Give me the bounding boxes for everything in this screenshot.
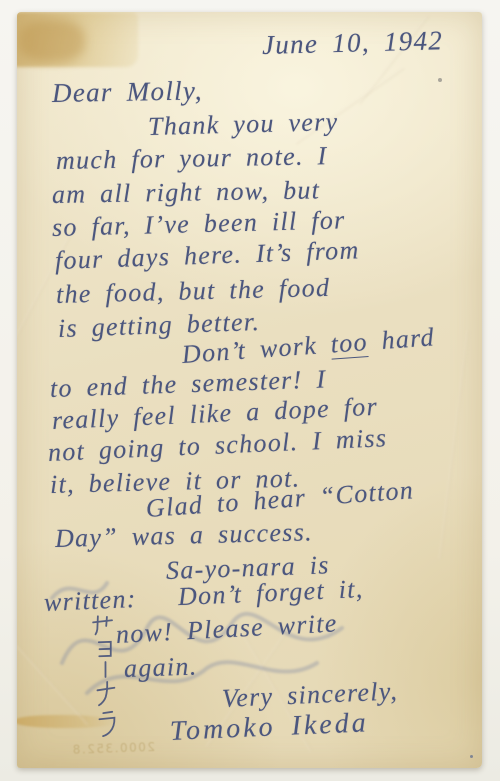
paper-crease [439, 331, 469, 560]
ink-speck [470, 755, 473, 758]
tape-stain-dark-spot [19, 20, 85, 62]
letter-date: June 10, 1942 [262, 25, 444, 61]
letter-line: much for your note. I [56, 141, 328, 176]
letter-line: again. [123, 651, 198, 684]
line-post: hard [367, 322, 436, 356]
photo-background: 2000.352.8 June 10, 1942 Dear Molly, Tha… [0, 0, 500, 781]
katakana-sayonara-vertical [92, 614, 120, 741]
underlined-word: too [330, 327, 369, 360]
letter-line: Thank you very [148, 107, 339, 142]
faint-accession-number: 2000.352.8 [35, 740, 155, 758]
letter-line: am all right now, but [52, 175, 321, 210]
letter-salutation: Dear Molly, [52, 75, 203, 109]
paper-speck [438, 78, 442, 82]
